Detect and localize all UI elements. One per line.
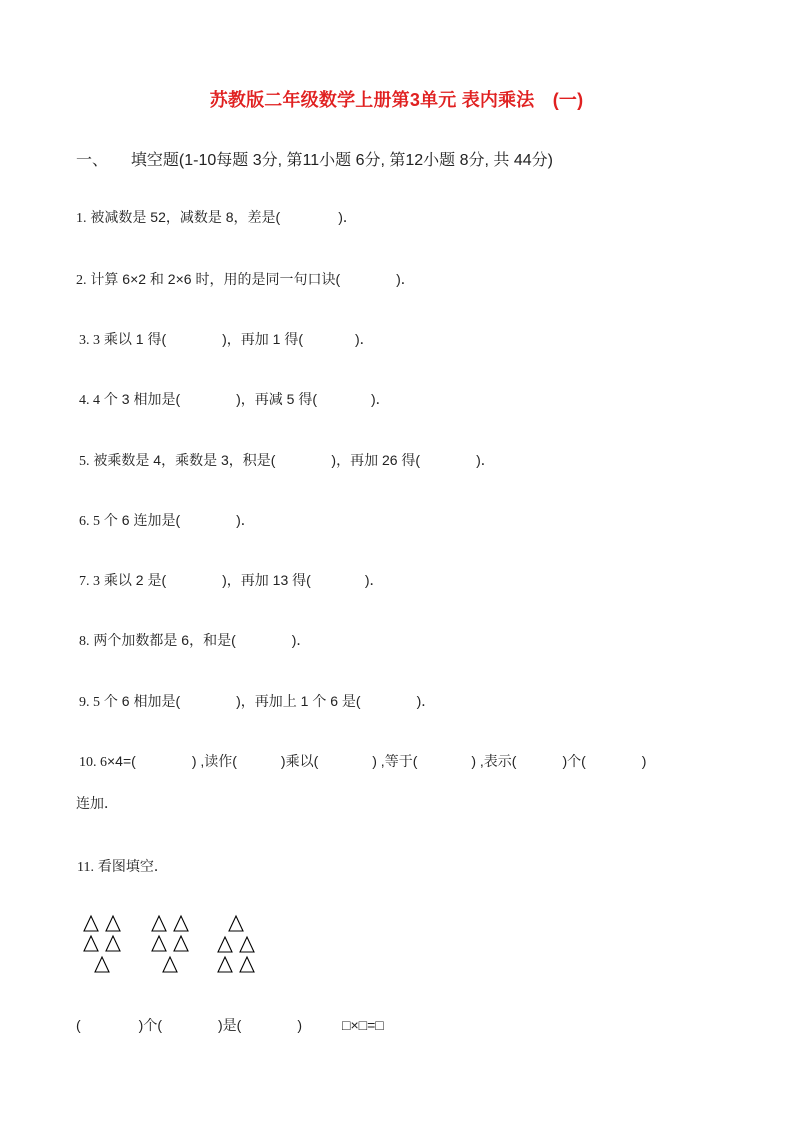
question-text: 两个加数都是 6，和是( xyxy=(93,632,235,648)
answer-line: ()个()是()□×□=□ xyxy=(76,1015,384,1035)
question-number: 9. 5 xyxy=(79,695,100,710)
question-text: )． xyxy=(365,572,384,588)
question-text: )个( xyxy=(562,753,585,769)
question-text: 计算 6×2 和 2×6 时，用的是同一句口诀( xyxy=(90,271,340,287)
question-number: 11. xyxy=(77,860,94,875)
equation-boxes[interactable]: □×□=□ xyxy=(342,1017,384,1033)
question-11: 11. 看图填空． xyxy=(77,856,168,876)
triangle-group-1 xyxy=(84,916,120,972)
question-text: 乘以 2 是( xyxy=(104,572,166,588)
question-text: 个 6 相加是( xyxy=(104,693,180,709)
question-text: )，再减 5 得( xyxy=(236,391,317,407)
question-text: )． xyxy=(292,632,311,648)
section-heading: 一、 填空题(1-10每题 3分, 第11小题 6分, 第12小题 8分, 共 … xyxy=(76,147,553,170)
question-10: 10. 6×4=() ,读作()乘以() ,等于() ,表示()个() xyxy=(79,751,646,771)
answer-text: )个( xyxy=(139,1017,162,1033)
answer-text: ( xyxy=(76,1017,81,1033)
question-text: 个 6 连加是( xyxy=(104,512,180,528)
question-number: 6. 5 xyxy=(79,514,100,529)
question-3: 3. 3 乘以 1 得()，再加 1 得()． xyxy=(79,329,374,349)
question-text: ×4=( xyxy=(107,753,136,769)
question-text: )，再加 26 得( xyxy=(331,452,420,468)
question-number: 5. xyxy=(79,454,90,469)
question-text: )． xyxy=(371,391,390,407)
question-2: 2. 计算 6×2 和 2×6 时，用的是同一句口诀()． xyxy=(76,269,415,289)
question-text: )，再加 13 得( xyxy=(222,572,311,588)
question-1: 1. 被减数是 52，减数是 8，差是()． xyxy=(76,207,357,227)
page-title: 苏教版二年级数学上册第3单元 表内乘法 (一) xyxy=(0,86,793,112)
question-text: ) ,等于( xyxy=(372,753,417,769)
question-text: )． xyxy=(396,271,415,287)
question-number: 8. xyxy=(79,634,90,649)
question-text: 个 3 相加是( xyxy=(104,391,180,407)
question-9: 9. 5 个 6 相加是()，再加上 1 个 6 是()． xyxy=(79,691,435,711)
section-text: 填空题(1-10每题 3分, 第11小题 6分, 第12小题 8分, 共 44分… xyxy=(131,152,553,169)
question-text: 看图填空． xyxy=(98,858,168,874)
question-10-continuation: 连加． xyxy=(76,793,118,813)
question-text: )． xyxy=(338,209,357,225)
question-number: 4. 4 xyxy=(79,393,100,408)
question-text: )，再加 1 得( xyxy=(222,331,303,347)
triangle-group-3 xyxy=(218,916,254,972)
question-8: 8. 两个加数都是 6，和是()． xyxy=(79,630,310,650)
question-text: 被减数是 52，减数是 8，差是( xyxy=(90,209,280,225)
triangle-figure xyxy=(76,914,276,976)
question-text: ) ,表示( xyxy=(471,753,516,769)
question-text: )． xyxy=(236,512,255,528)
question-text: )． xyxy=(355,331,374,347)
triangle-group-2 xyxy=(152,916,188,972)
section-number: 一、 xyxy=(76,152,108,169)
question-number: 1. xyxy=(76,211,87,226)
question-6: 6. 5 个 6 连加是()． xyxy=(79,510,255,530)
question-text: )，再加上 1 个 6 是( xyxy=(236,693,360,709)
question-text: )乘以( xyxy=(281,753,318,769)
question-7: 7. 3 乘以 2 是()，再加 13 得()． xyxy=(79,570,383,590)
question-number: 10. 6 xyxy=(79,755,107,770)
answer-text: )是( xyxy=(218,1017,241,1033)
answer-text: ) xyxy=(297,1017,302,1033)
question-4: 4. 4 个 3 相加是()，再减 5 得()． xyxy=(79,389,390,409)
triangle-groups-icon xyxy=(76,914,276,978)
question-number: 3. 3 xyxy=(79,333,100,348)
question-text: )． xyxy=(476,452,495,468)
question-number: 2. xyxy=(76,273,87,288)
question-number: 7. 3 xyxy=(79,574,100,589)
question-text: )． xyxy=(417,693,436,709)
question-text: 被乘数是 4，乘数是 3，积是( xyxy=(93,452,275,468)
question-text: ) ,读作( xyxy=(192,753,237,769)
question-5: 5. 被乘数是 4，乘数是 3，积是()，再加 26 得()． xyxy=(79,450,495,470)
question-text: ) xyxy=(642,753,647,769)
question-text: 乘以 1 得( xyxy=(104,331,166,347)
